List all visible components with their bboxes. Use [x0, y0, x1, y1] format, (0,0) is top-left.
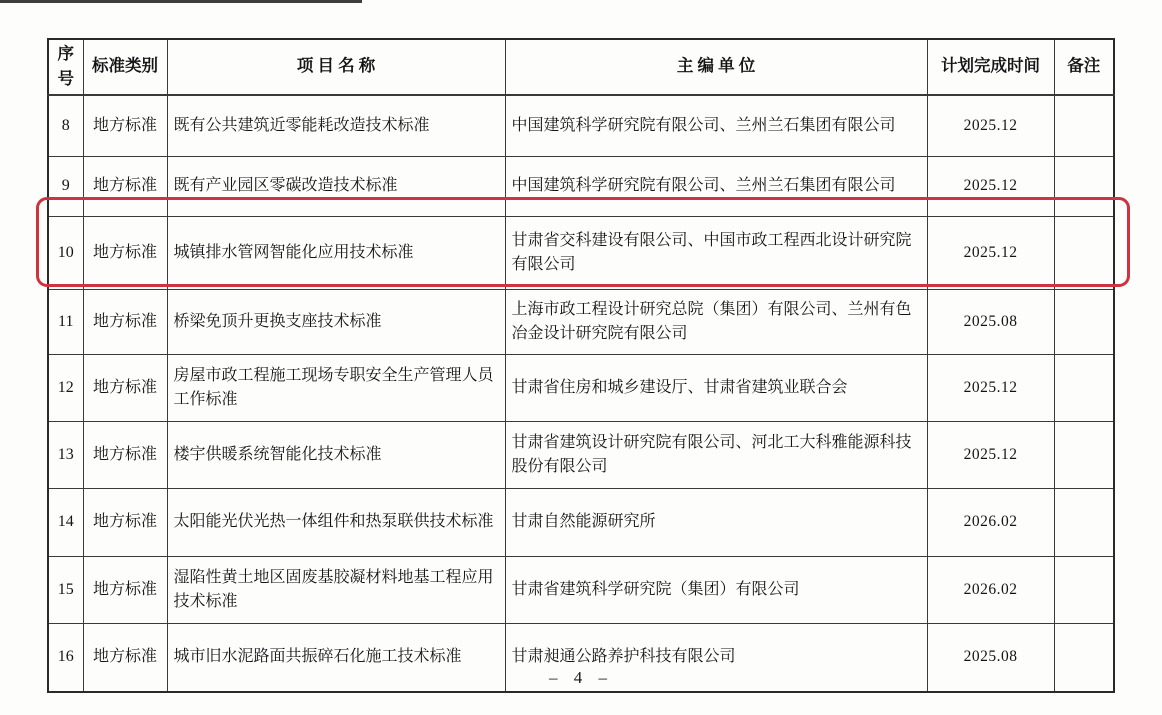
row-category: 地方标准 [83, 95, 167, 157]
row-completion: 2025.12 [927, 421, 1054, 488]
header-project: 项 目 名 称 [167, 39, 505, 95]
row-remarks [1054, 95, 1114, 157]
row-project: 既有产业园区零碳改造技术标准 [167, 156, 505, 216]
row-project: 房屋市政工程施工现场专职安全生产管理人员工作标准 [167, 354, 505, 421]
row-category: 地方标准 [83, 488, 167, 556]
header-completion: 计划完成时间 [927, 39, 1054, 95]
row-project: 楼宇供暖系统智能化技术标准 [167, 421, 505, 488]
row-project: 桥梁免顶升更换支座技术标准 [167, 289, 505, 354]
row-category: 地方标准 [83, 156, 167, 216]
row-completion: 2026.02 [927, 556, 1054, 623]
row-no: 14 [48, 488, 83, 556]
row-completion: 2025.08 [927, 289, 1054, 354]
row-no: 9 [48, 156, 83, 216]
header-category: 标准类别 [83, 39, 167, 95]
row-completion: 2025.12 [927, 216, 1054, 289]
row-no: 13 [48, 421, 83, 488]
table-row: 11 地方标准 桥梁免顶升更换支座技术标准 上海市政工程设计研究总院（集团）有限… [48, 289, 1114, 354]
row-project: 既有公共建筑近零能耗改造技术标准 [167, 95, 505, 157]
row-editor: 上海市政工程设计研究总院（集团）有限公司、兰州有色冶金设计研究院有限公司 [505, 289, 927, 354]
row-project: 城镇排水管网智能化应用技术标准 [167, 216, 505, 289]
table-row: 14 地方标准 太阳能光伏光热一体组件和热泵联供技术标准 甘肃自然能源研究所 2… [48, 488, 1114, 556]
row-completion: 2025.12 [927, 156, 1054, 216]
row-no: 15 [48, 556, 83, 623]
table-row-highlighted: 10 地方标准 城镇排水管网智能化应用技术标准 甘肃省交科建设有限公司、中国市政… [48, 216, 1114, 289]
row-category: 地方标准 [83, 421, 167, 488]
document-page: 序号 标准类别 项 目 名 称 主 编 单 位 计划完成时间 备注 8 地方标准… [0, 0, 1162, 715]
page-number: – 4 – [0, 668, 1162, 688]
header-remarks: 备注 [1054, 39, 1114, 95]
table-row: 15 地方标准 湿陷性黄土地区固废基胶凝材料地基工程应用技术标准 甘肃省建筑科学… [48, 556, 1114, 623]
row-no: 10 [48, 216, 83, 289]
row-category: 地方标准 [83, 216, 167, 289]
row-editor: 甘肃省建筑科学研究院（集团）有限公司 [505, 556, 927, 623]
row-category: 地方标准 [83, 556, 167, 623]
row-category: 地方标准 [83, 354, 167, 421]
row-remarks [1054, 421, 1114, 488]
table-row: 12 地方标准 房屋市政工程施工现场专职安全生产管理人员工作标准 甘肃省住房和城… [48, 354, 1114, 421]
row-no: 12 [48, 354, 83, 421]
row-category: 地方标准 [83, 289, 167, 354]
header-no: 序号 [48, 39, 83, 95]
row-completion: 2025.12 [927, 95, 1054, 157]
row-remarks [1054, 354, 1114, 421]
row-remarks [1054, 216, 1114, 289]
row-editor: 甘肃省住房和城乡建设厅、甘肃省建筑业联合会 [505, 354, 927, 421]
row-remarks [1054, 289, 1114, 354]
scan-artifact-line [0, 0, 362, 3]
row-no: 11 [48, 289, 83, 354]
row-remarks [1054, 156, 1114, 216]
standards-table: 序号 标准类别 项 目 名 称 主 编 单 位 计划完成时间 备注 8 地方标准… [47, 38, 1115, 693]
row-editor: 甘肃省建筑设计研究院有限公司、河北工大科雅能源科技股份有限公司 [505, 421, 927, 488]
row-editor: 甘肃自然能源研究所 [505, 488, 927, 556]
row-completion: 2025.12 [927, 354, 1054, 421]
row-project: 湿陷性黄土地区固废基胶凝材料地基工程应用技术标准 [167, 556, 505, 623]
row-remarks [1054, 556, 1114, 623]
table-row: 9 地方标准 既有产业园区零碳改造技术标准 中国建筑科学研究院有限公司、兰州兰石… [48, 156, 1114, 216]
row-editor: 中国建筑科学研究院有限公司、兰州兰石集团有限公司 [505, 156, 927, 216]
row-remarks [1054, 488, 1114, 556]
row-editor: 中国建筑科学研究院有限公司、兰州兰石集团有限公司 [505, 95, 927, 157]
row-completion: 2026.02 [927, 488, 1054, 556]
row-editor: 甘肃省交科建设有限公司、中国市政工程西北设计研究院有限公司 [505, 216, 927, 289]
table-row: 13 地方标准 楼宇供暖系统智能化技术标准 甘肃省建筑设计研究院有限公司、河北工… [48, 421, 1114, 488]
row-project: 太阳能光伏光热一体组件和热泵联供技术标准 [167, 488, 505, 556]
row-no: 8 [48, 95, 83, 157]
table-header-row: 序号 标准类别 项 目 名 称 主 编 单 位 计划完成时间 备注 [48, 39, 1114, 95]
header-editor: 主 编 单 位 [505, 39, 927, 95]
table-row: 8 地方标准 既有公共建筑近零能耗改造技术标准 中国建筑科学研究院有限公司、兰州… [48, 95, 1114, 157]
